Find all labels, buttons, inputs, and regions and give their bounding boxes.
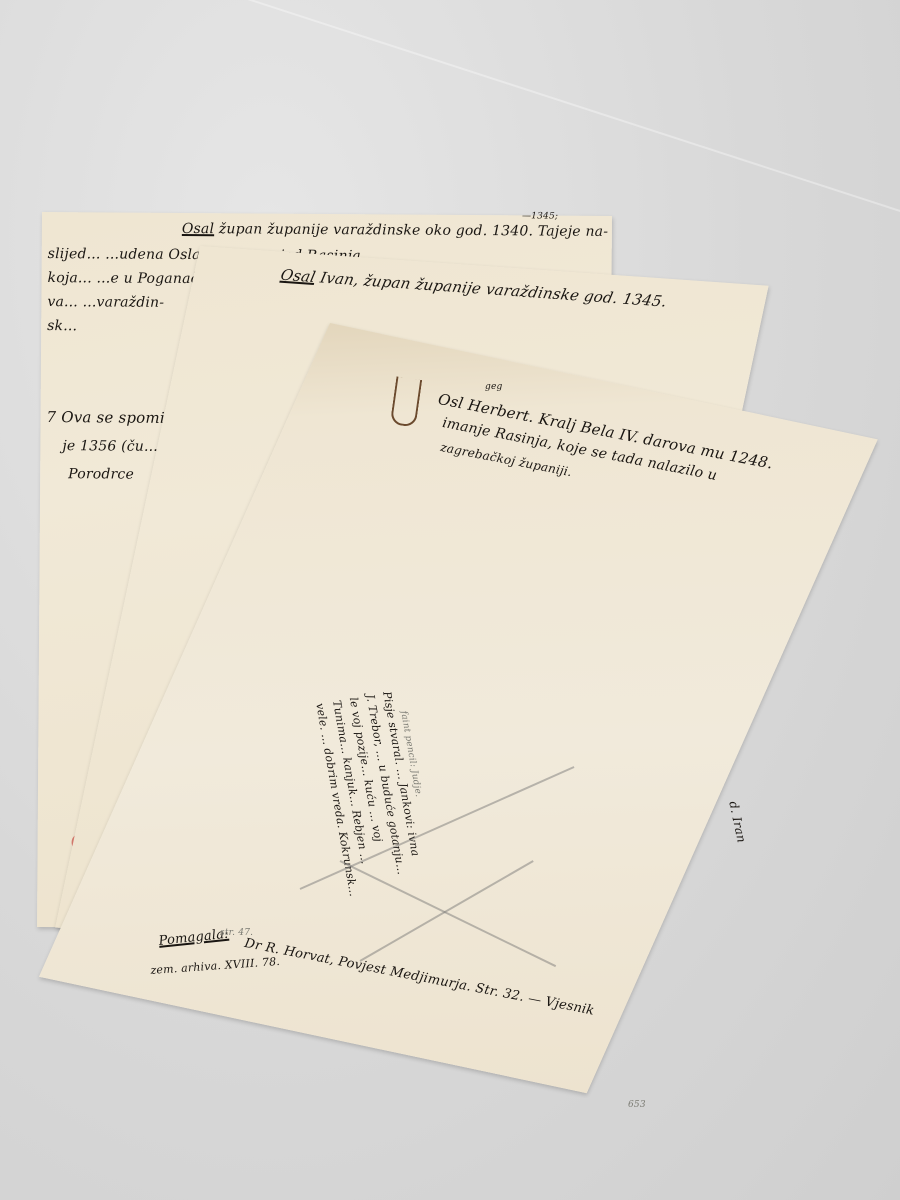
card-middle-heading: Osal (279, 266, 317, 286)
card-front-side-note: d. Iran (726, 800, 748, 844)
card-back-side-note-2: je 1356 (ču... (62, 438, 158, 455)
card-back-heading: Osal (182, 221, 214, 237)
card-back-line-5: sk... (47, 318, 77, 334)
card-back-line-4: va... ...varaždin- (47, 294, 164, 311)
catalog-number: 653 (628, 1100, 646, 1110)
card-back-line-1: Osal župan županije varaždinske oko god.… (182, 221, 608, 240)
card-front-superscript: geg (485, 382, 502, 392)
card-back-year-note: —1345; (522, 211, 558, 221)
card-back-side-note-3: Porodrce (68, 466, 134, 482)
